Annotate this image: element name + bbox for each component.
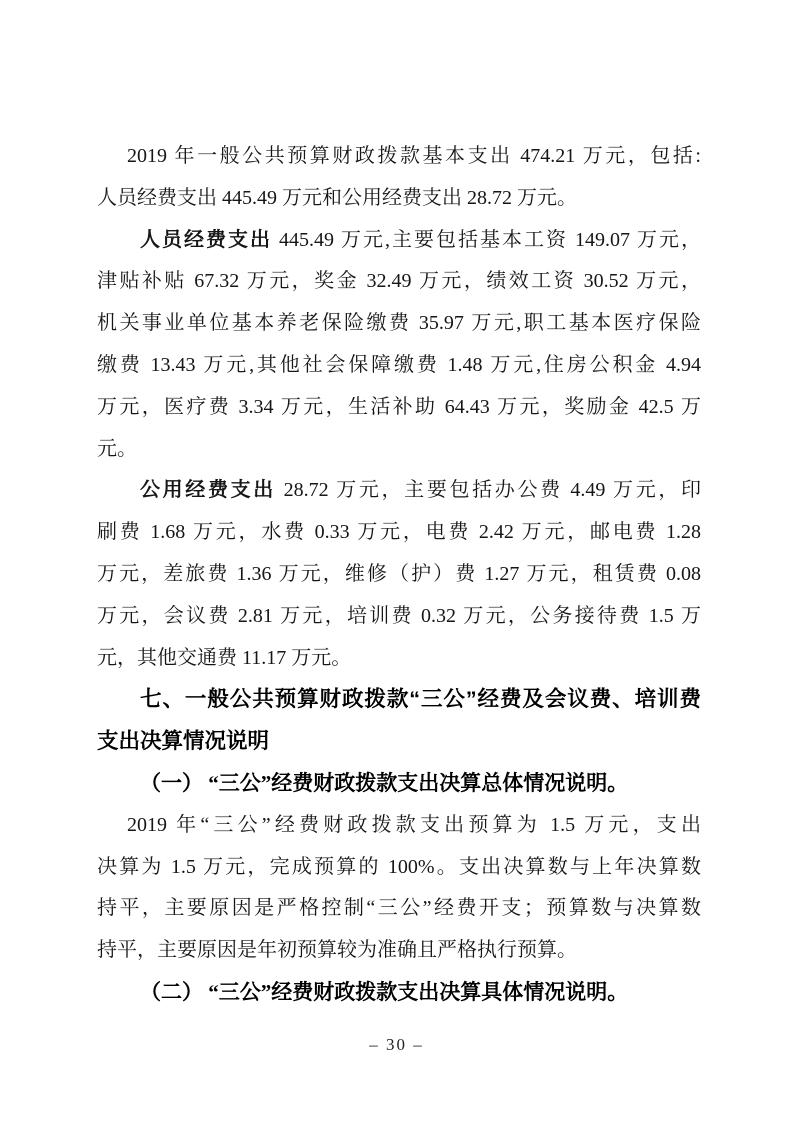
para-public-line-1-rest: 28.72 万元，主要包括办公费 4.49 万元，印 [276, 479, 701, 501]
subheading-sangong-detail: （二） “三公”经费财政拨款支出决算具体情况说明。 [97, 972, 701, 1014]
personnel-expense-lead: 人员经费支出 [140, 229, 272, 251]
budget-report-page: 2019 年一般公共预算财政拨款基本支出 474.21 万元，包括: 人员经费支… [0, 0, 793, 1122]
para-public-line-5: 元，其他交通费 11.17 万元。 [97, 638, 701, 680]
para-personnel-line-5: 万元，医疗费 3.34 万元，生活补助 64.43 万元，奖励金 42.5 万 [97, 387, 701, 429]
para-public-line-2: 刷费 1.68 万元，水费 0.33 万元，电费 2.42 万元，邮电费 1.2… [97, 512, 701, 554]
para-public-line-4: 万元，会议费 2.81 万元，培训费 0.32 万元，公务接待费 1.5 万 [97, 596, 701, 638]
para-public-line-1: 公用经费支出 28.72 万元，主要包括办公费 4.49 万元，印 [97, 470, 701, 512]
para-personnel-line-2: 津贴补贴 67.32 万元，奖金 32.49 万元，绩效工资 30.52 万元， [97, 261, 701, 303]
subheading-sangong-overall: （一） “三公”经费财政拨款支出决算总体情况说明。 [97, 763, 701, 805]
public-expense-lead: 公用经费支出 [140, 479, 276, 501]
report-text-block: 2019 年一般公共预算财政拨款基本支出 474.21 万元，包括: 人员经费支… [97, 136, 701, 1014]
para-personnel-line-4: 缴费 13.43 万元,其他社会保障缴费 1.48 万元,住房公积金 4.94 [97, 345, 701, 387]
para-sangong-line-2: 决算为 1.5 万元，完成预算的 100%。支出决算数与上年决算数 [97, 847, 701, 889]
para-sangong-line-4: 持平，主要原因是年初预算较为准确且严格执行预算。 [97, 930, 701, 972]
para-sangong-line-3: 持平，主要原因是严格控制“三公”经费开支；预算数与决算数 [97, 888, 701, 930]
section7-heading-line-1: 七、一般公共预算财政拨款“三公”经费及会议费、培训费 [97, 679, 701, 721]
para-personnel-line-1-rest: 445.49 万元,主要包括基本工资 149.07 万元， [272, 229, 701, 251]
para-public-line-3: 万元，差旅费 1.36 万元，维修（护）费 1.27 万元，租赁费 0.08 [97, 554, 701, 596]
para-personnel-line-6: 元。 [97, 429, 701, 471]
page-number: – 30 – [0, 1033, 793, 1057]
para-basic-line-2: 人员经费支出 445.49 万元和公用经费支出 28.72 万元。 [97, 178, 701, 220]
para-personnel-line-1: 人员经费支出 445.49 万元,主要包括基本工资 149.07 万元， [97, 220, 701, 262]
para-sangong-line-1: 2019 年“三公”经费财政拨款支出预算为 1.5 万元，支出 [97, 805, 701, 847]
para-basic-line-1: 2019 年一般公共预算财政拨款基本支出 474.21 万元，包括: [97, 136, 701, 178]
para-personnel-line-3: 机关事业单位基本养老保险缴费 35.97 万元,职工基本医疗保险 [97, 303, 701, 345]
section7-heading-line-2: 支出决算情况说明 [97, 721, 701, 763]
